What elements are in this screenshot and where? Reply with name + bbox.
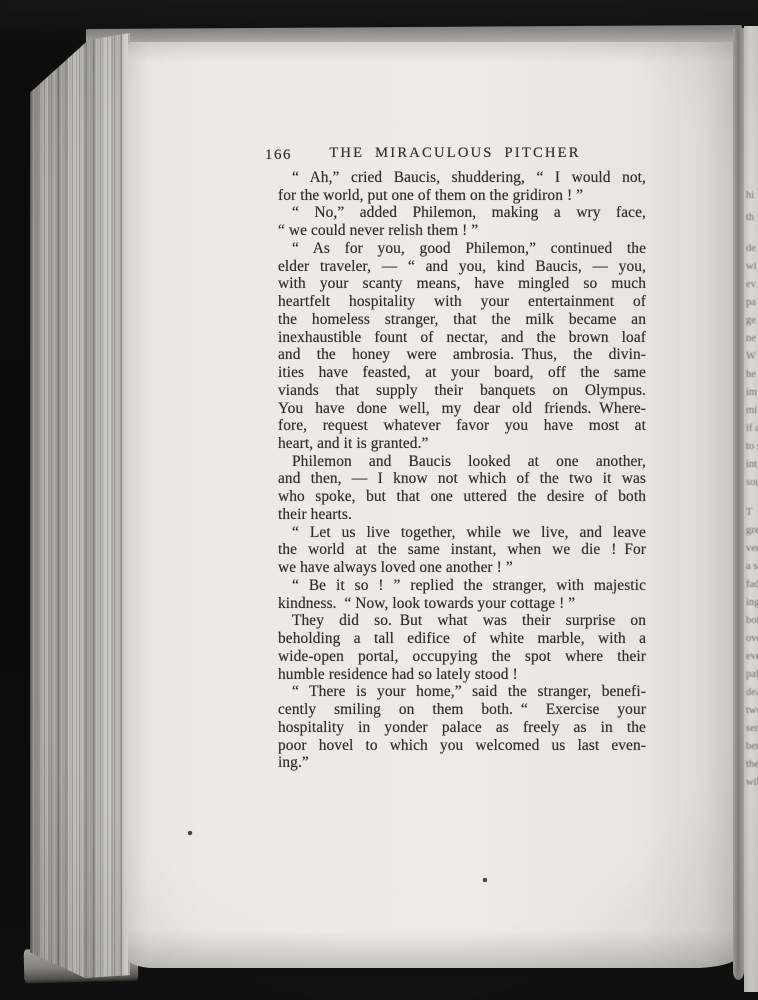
text-line: You have done well, my dear old friends.… xyxy=(278,400,646,418)
text-line: “ There is your home,” said the stranger… xyxy=(278,683,646,701)
paragraph: “ Be it so ! ” replied the stranger, wit… xyxy=(278,577,646,612)
text-line: poor hovel to which you welcomed us last… xyxy=(278,737,646,755)
paragraph: “ There is your home,” said the stranger… xyxy=(278,683,646,772)
paragraph: “ As for you, good Philemon,” continued … xyxy=(278,240,646,453)
text-line: “ Be it so ! ” replied the stranger, wit… xyxy=(278,577,646,595)
text-line: inexhaustible fount of nectar, and the b… xyxy=(278,329,646,347)
text-line: hospitality in yonder palace as freely a… xyxy=(278,719,646,737)
gutter-seam xyxy=(733,28,744,980)
page-header: 166 THE MIRACULOUS PITCHER xyxy=(247,145,663,167)
text-line: cently smiling on them both. “ Exercise … xyxy=(278,701,646,719)
paragraph: “ Let us live together, while we live, a… xyxy=(278,524,646,577)
text-line: “ Ah,” cried Baucis, shuddering, “ I wou… xyxy=(278,169,646,187)
text-line: elder traveler, — “ and you, kind Baucis… xyxy=(278,258,646,276)
paragraph: Philemon and Baucis looked at one anothe… xyxy=(278,453,646,524)
book-page: 166 THE MIRACULOUS PITCHER “ Ah,” cried … xyxy=(128,42,740,968)
paragraph: “ No,” added Philemon, making a wry face… xyxy=(278,204,646,239)
text-line: with your scanty means, have mingled so … xyxy=(278,275,646,293)
text-line: and the honey were ambrosia. Thus, the d… xyxy=(278,346,646,364)
page-text: “ Ah,” cried Baucis, shuddering, “ I wou… xyxy=(278,169,646,772)
paragraph: They did so. But what was their surprise… xyxy=(278,612,646,683)
text-line: heartfelt hospitality with your entertai… xyxy=(278,293,646,311)
text-line: “ Let us live together, while we live, a… xyxy=(278,524,646,542)
text-line: They did so. But what was their surprise… xyxy=(278,612,646,630)
paragraph: “ Ah,” cried Baucis, shuddering, “ I wou… xyxy=(278,169,646,204)
text-line: heart, and it is granted.” xyxy=(278,435,646,453)
text-line: fore, request whatever favor you have mo… xyxy=(278,417,646,435)
text-line: viands that supply their banquets on Oly… xyxy=(278,382,646,400)
text-line: the world at the same instant, when we d… xyxy=(278,541,646,559)
text-line: “ As for you, good Philemon,” continued … xyxy=(278,240,646,258)
text-line: beholding a tall edifice of white marble… xyxy=(278,630,646,648)
text-line: their hearts. xyxy=(278,506,646,524)
text-line: humble residence had so lately stood ! xyxy=(278,666,646,684)
text-line: and then, — I know not which of the two … xyxy=(278,470,646,488)
page-edge-stack xyxy=(30,30,130,978)
book-photo: 166 THE MIRACULOUS PITCHER “ Ah,” cried … xyxy=(0,0,758,1000)
text-line: wide-open portal, occupying the spot whe… xyxy=(278,648,646,666)
text-line: “ we could never relish them ! ” xyxy=(278,222,646,240)
text-line: we have always loved one another ! ” xyxy=(278,559,646,577)
text-line: “ No,” added Philemon, making a wry face… xyxy=(278,204,646,222)
text-line: Philemon and Baucis looked at one anothe… xyxy=(278,453,646,471)
text-line: for the world, put one of them on the gr… xyxy=(278,187,646,205)
text-line: who spoke, but that one uttered the desi… xyxy=(278,488,646,506)
text-line: ing.” xyxy=(278,754,646,772)
facing-page-edge xyxy=(744,26,758,992)
text-line: the homeless stranger, that the milk bec… xyxy=(278,311,646,329)
text-line: kindness. “ Now, look towards your cotta… xyxy=(278,595,646,613)
running-title: THE MIRACULOUS PITCHER xyxy=(247,145,663,162)
text-line: ities have feasted, at your board, off t… xyxy=(278,364,646,382)
